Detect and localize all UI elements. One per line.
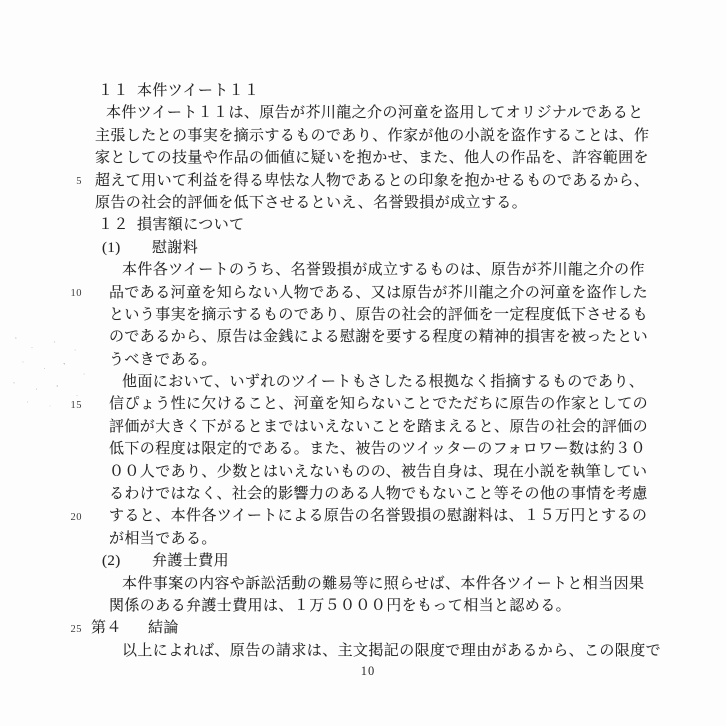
- document-line: 家としての技量や作品の価値に疑いを抱かせ、また、他人の作品を、許容範囲を: [0, 147, 726, 169]
- document-lines: １１本件ツイート１１本件ツイート１１は、原告が芥川龍之介の河童を盗用してオリジナ…: [0, 80, 726, 662]
- scanned-judgment-page: 510152025 １１本件ツイート１１本件ツイート１１は、原告が芥川龍之介の河…: [0, 0, 726, 726]
- section-title: 結論: [148, 620, 179, 636]
- document-line: 他面において、いずれのツイートもさしたる根拠なく指摘するものであり、: [0, 371, 726, 393]
- page-number-footer: 10: [338, 664, 398, 679]
- document-line: るわけではなく、社会的影響力のある人物でもないこと等その他の事情を考慮: [0, 483, 726, 505]
- section-number: １２: [98, 214, 137, 236]
- section-number: (2): [102, 550, 152, 572]
- document-line: 品である河童を知らない人物である、又は原告が芥川龍之介の河童を盗作した: [0, 282, 726, 304]
- document-line: (1)慰謝料: [0, 237, 726, 259]
- document-line: 原告の社会的評価を低下させるといえ、名誉毀損が成立する。: [0, 192, 726, 214]
- document-line: が相当である。: [0, 528, 726, 550]
- section-title: 弁護士費用: [152, 553, 229, 569]
- section-number: (1): [102, 237, 152, 259]
- document-line: 超えて用いて利益を得る卑怯な人物であるとの印象を抱かせるものであるから、: [0, 170, 726, 192]
- section-number: １１: [98, 80, 137, 102]
- section-number: 第４: [91, 617, 148, 639]
- document-line: １２損害額について: [0, 214, 726, 236]
- section-title: 慰謝料: [152, 240, 198, 256]
- document-line: 低下の程度は限定的である。また、被告のツイッターのフォロワー数は約３０: [0, 438, 726, 460]
- document-line: 本件事案の内容や訴訟活動の難易等に照らせば、本件各ツイートと相当因果: [0, 573, 726, 595]
- section-title: 損害額について: [137, 217, 245, 233]
- document-line: 以上によれば、原告の請求は、主文掲記の限度で理由があるから、この限度で: [0, 640, 726, 662]
- document-line: 信ぴょう性に欠けること、河童を知らないことでただちに原告の作家としての: [0, 393, 726, 415]
- document-line: 主張したとの事実を摘示するものであり、作家が他の小説を盗作することは、作: [0, 125, 726, 147]
- document-line: １１本件ツイート１１: [0, 80, 726, 102]
- document-line: (2)弁護士費用: [0, 550, 726, 572]
- document-line: 本件各ツイートのうち、名誉毀損が成立するものは、原告が芥川龍之介の作: [0, 259, 726, 281]
- document-line: ００人であり、少数とはいえないものの、被告自身は、現在小説を執筆してい: [0, 461, 726, 483]
- document-line: うべきである。: [0, 349, 726, 371]
- document-line: 関係のある弁護士費用は、１万５０００円をもって相当と認める。: [0, 595, 726, 617]
- document-line: すると、本件各ツイートによる原告の名誉毀損の慰謝料は、１５万円とするの: [0, 505, 726, 527]
- document-line: のであるから、原告は金銭による慰謝を要する程度の精神的損害を被ったとい: [0, 326, 726, 348]
- document-line: 本件ツイート１１は、原告が芥川龍之介の河童を盗用してオリジナルであると: [0, 102, 726, 124]
- section-title: 本件ツイート１１: [137, 83, 259, 99]
- document-line: という事実を摘示するものであり、原告の社会的評価を一定程度低下させるも: [0, 304, 726, 326]
- document-line: 評価が大きく下がるとまではいえないことを踏まえると、原告の社会的評価の: [0, 416, 726, 438]
- document-line: 第４結論: [0, 617, 726, 639]
